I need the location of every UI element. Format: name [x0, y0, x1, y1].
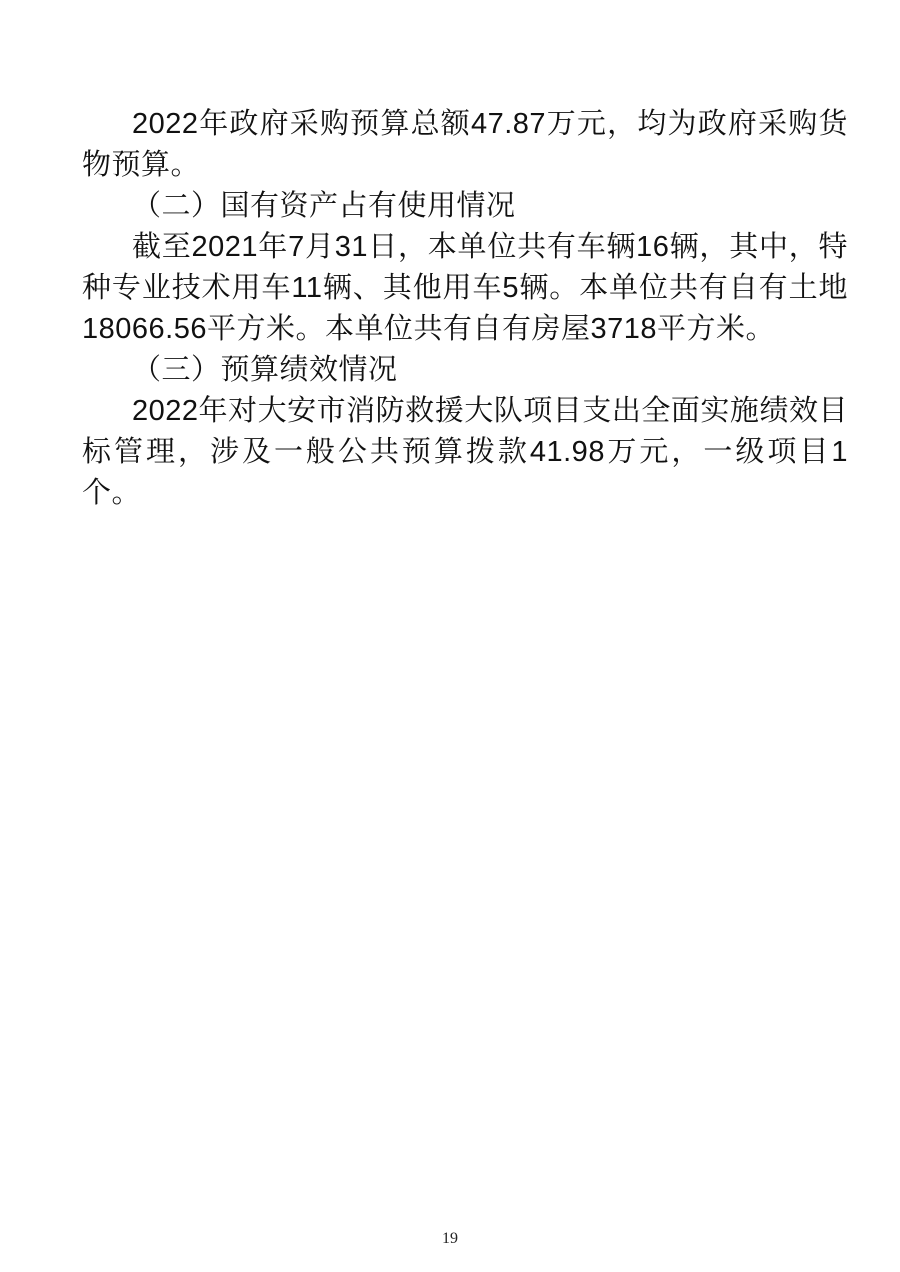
paragraph-budget-performance-detail: 2022年对大安市消防救援大队项目支出全面实施绩效目标管理，涉及一般公共预算拨款… [82, 391, 848, 514]
body-text-block: 2022年政府采购预算总额47.87万元，均为政府采购货物预算。 （二）国有资产… [82, 104, 848, 514]
page-number: 19 [0, 1230, 900, 1248]
document-page: 2022年政府采购预算总额47.87万元，均为政府采购货物预算。 （二）国有资产… [0, 0, 900, 1272]
paragraph-state-assets-detail: 截至2021年7月31日，本单位共有车辆16辆，其中，特种专业技术用车11辆、其… [82, 227, 848, 350]
paragraph-procurement-budget: 2022年政府采购预算总额47.87万元，均为政府采购货物预算。 [82, 104, 848, 186]
heading-state-assets: （二）国有资产占有使用情况 [82, 186, 848, 227]
heading-budget-performance: （三）预算绩效情况 [82, 350, 848, 391]
